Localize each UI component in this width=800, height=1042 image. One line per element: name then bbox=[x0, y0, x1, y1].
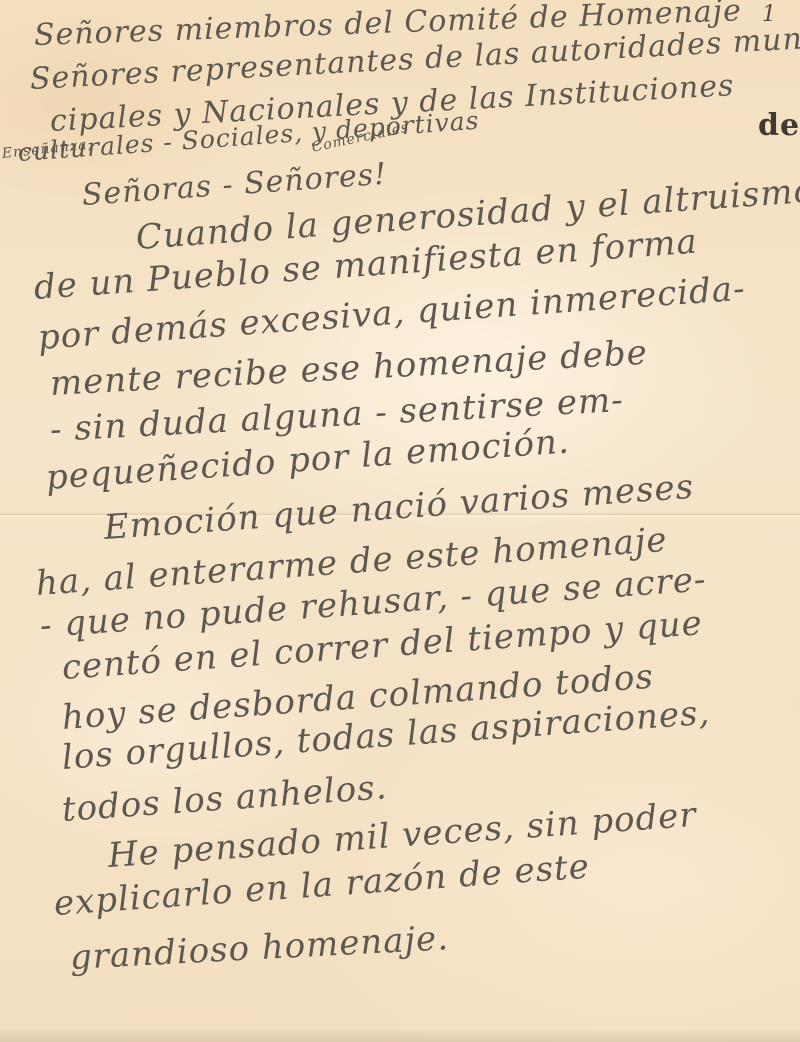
paper-bottom-edge bbox=[0, 1028, 800, 1042]
body-line-16: grandioso homenaje. bbox=[69, 918, 450, 978]
salutation-insert-de: de bbox=[758, 108, 800, 143]
handwritten-page: 1 Señores miembros del Comité de Homenaj… bbox=[0, 0, 800, 1042]
